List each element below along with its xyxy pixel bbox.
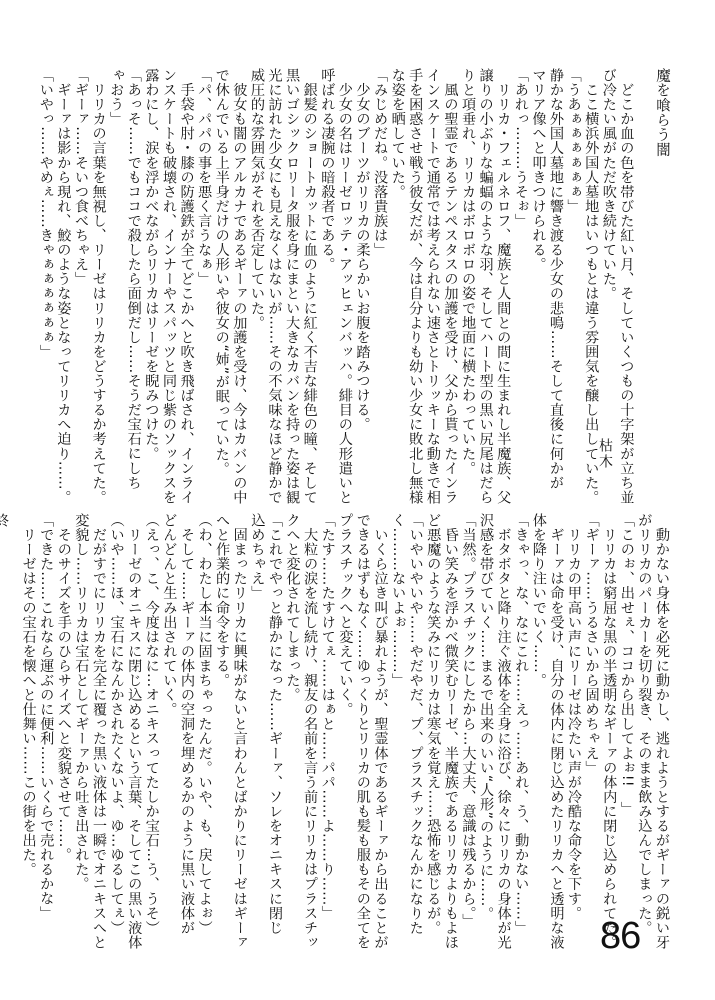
text-column: ど悪魔のような笑みにリリカは寒気を覚え……恐怖を感じるが。 (424, 513, 442, 943)
text-column: 「みじめだね。没落貴族は」 (371, 68, 389, 488)
text-column: ボタボタと降り注ぐ液体を全身に浴び、徐々にリリカの身体が光 (494, 513, 512, 943)
text-column: そのサイズを手のひらサイズへと変貌させて……。 (54, 513, 72, 943)
text-column: く………ないよぉ………」 (389, 513, 407, 943)
text-column: インスケートで通常では考えられない速さとトリッキーな動きで相 (423, 68, 441, 488)
text-column: ゃおう」 (107, 68, 125, 488)
text-column: （わ、わたし本当に固まちゃったんだ。いや、も、戻してよぉ） (195, 513, 213, 943)
text-column: び冷たい風がただ吹き続けていた。 (599, 68, 617, 488)
text-column: がリリカのパーカーを切り裂き、そのまま飲み込んでしまった。 (635, 513, 653, 943)
text-column: 固まったリリカに興味がないと言わんとばかりにリーゼはギーァ (230, 513, 248, 943)
text-column: ギーァは影から現れ、鮫のような姿となってリリカへ迫り……。 (54, 68, 72, 488)
text-column: 手を困惑させ戦う彼女だが、今は自分よりも幼い少女に敗北し無様 (406, 68, 424, 488)
text-column: 光に訪れた少女にも見えなくはないが……その不気味なほど静かで (265, 68, 283, 488)
text-column: へと作業的に命令をする。 (213, 513, 231, 943)
text-column: マリア像へと叩きつけられる。 (529, 68, 547, 488)
text-column: 「きゃっ、な、なにこれ……えっ……あれ、う、動かない……」 (512, 513, 530, 943)
text-column: リーゼはその宝石を懐へと仕舞い……この街を出た。 (19, 513, 37, 943)
text-column: 銀髪のショートカットに血のように紅く不吉な緋色の瞳、そして (300, 68, 318, 488)
text-column: 「当然。プラスチックにしたから…大丈夫、意識は残るから。」 (459, 513, 477, 943)
text-column: どんどんと生み出されていく。 (160, 513, 178, 943)
text-column: 「ギーァ……うるさいから固めちゃえ」 (582, 513, 600, 943)
text-column: で休んでいる上半身だけの人形いや彼女の“姉”が眠っていた。 (212, 68, 230, 488)
text-column: クへと変化されてしまった。 (283, 513, 301, 943)
text-column: 体を降り注いでいく……。 (529, 513, 547, 943)
text-column: 風の聖霊であるテンペスタスの加護を受け、父から貰ったインラ (441, 68, 459, 488)
text-column: ンスケートも破壊され、インナーやスパッツと同じ紫のソックスを (159, 68, 177, 488)
text-column: 沢感を帯びていく……まるで出来のいい“人形”のように……。 (476, 513, 494, 943)
text-column: 動かない身体を必死に動かし、逃れようとするがギーァの鋭い牙 (652, 513, 670, 943)
text-column: リーゼのオニキスに閉じ込めるという言葉、そしてこの黒い液体 (125, 513, 143, 943)
text-column: 昏い笑みを浮かべ微笑むリーゼ、半魔族であるリリカよりもよほ (441, 513, 459, 943)
text-column: 「いやいやいや……やだやだ、プ、プラスチックなんかになりた (406, 513, 424, 943)
text-column: 「これでやっと静かになった……ギーァ、ソレをオニキスに閉じ (265, 513, 283, 943)
text-column: 「できた……これなら運ぶのに便利……いくらで売れるかな」 (37, 513, 55, 943)
author-name: 枯木 (595, 438, 615, 470)
text-column: 露わにし、涙を浮かべながらリリカはリーゼを睨みつけた。 (142, 68, 160, 488)
text-column: だがすでにリリカを完全に覆った黒い液体は一瞬でオニキスへと (89, 513, 107, 943)
story-text-bottom: 動かない身体を必死に動かし、逃れようとするがギーァの鋭い牙がリリカのパーカーを切… (40, 513, 670, 943)
text-column: 少女の名はリーゼロッテ・アッヒェンバッハ。緋目の人形遣いと (335, 68, 353, 488)
text-column: 「たす……たすけてぇ……はぁと……パパ……よ……り……」 (318, 513, 336, 943)
text-column: 「うあぁぁぁぁぁぁ」 (564, 68, 582, 488)
text-column: 彼女も闇のアルカナであるギーァの加護を受け、今はカバンの中 (230, 68, 248, 488)
text-column: りと項垂れ、リリカはボロボロの姿で地面に横たわっていた。 (458, 68, 476, 488)
text-column: 「パ、パパの事を悪く言うなぁ」 (195, 68, 213, 488)
text-column: そして……ギーァの体内の空洞を埋めるかのように黒い液体が (177, 513, 195, 943)
text-column: 少女のブーツがリリカの柔らかいお腹を踏みつける。 (353, 68, 371, 488)
text-column: 込めちゃえ」 (248, 513, 266, 943)
text-column: リリカは窮屈な黒の半透明なギーァの体内に閉じ込められてた。 (600, 513, 618, 943)
text-column: 手袋や肘・膝の防護鉄が全てどこかへと吹き飛ばされ、インライ (177, 68, 195, 488)
story-text-top: 魔を喰らう闇 どこか血の色を帯びた紅い月、そしていくつもの十字架が立ち並び冷たい… (50, 68, 670, 488)
text-column: できるはずもなく……ゆっくりとリリカの肌も髪も服もその全てを (353, 513, 371, 943)
text-column: 黒いゴシックロリータ服を身にまとい大きなカバンを持った姿は観 (283, 68, 301, 488)
text-column: 呼ばれる凄腕の暗殺者である。 (318, 68, 336, 488)
text-column: リリカの言葉を無視し、リーゼはリリカをどうするか考えてた。 (89, 68, 107, 488)
text-column: ここ横浜外国人墓地はいつもとは違う雰囲気を醸し出していた。 (582, 68, 600, 488)
text-column: 変貌し……リリカは宝石としてギーァから吐き出された。 (72, 513, 90, 943)
text-column: 「あれっ………うそぉ」 (511, 68, 529, 488)
text-column: （いや……ほ、宝石になんかされたくないよ、ゆ…ゆるしてぇ） (107, 513, 125, 943)
end-mark: 終 (0, 513, 9, 943)
text-column: 威圧的な雰囲気がそれを否定していた。 (247, 68, 265, 488)
text-column: 「いやっ……やめぇ……きゃぁぁぁぁぁぁ」 (36, 68, 54, 488)
text-column: （えっ、こ、今度はなに…オニキスってたしか宝石…う、うそ） (142, 513, 160, 943)
text-column: 「このぉ、出せぇ、ココから出してよぉ!! 」 (617, 513, 635, 943)
text-column: ギーァは命を受け、自分の体内に閉じ込めたリリカへと透明な液 (547, 513, 565, 943)
page-number: 86 (600, 915, 640, 958)
text-column: リリカの甲高い声にリーゼは冷たい声が冷酷な命令を下す。 (564, 513, 582, 943)
story-title: 魔を喰らう闇 (652, 68, 670, 488)
text-column: リリカ・フェルネロフ、魔族と人間との間に生まれし半魔族、父 (494, 68, 512, 488)
text-column: 「あっそ……でもココで殺したら面倒だし……そうだ宝石にしち (124, 68, 142, 488)
text-column: 「ギーァ……そいつ食べちゃえ」 (71, 68, 89, 488)
text-column: 譲りの小ぶりな蝙蝠のような羽、そしてハート型の黒い尻尾はだら (476, 68, 494, 488)
text-column: プラスチックへと変えていく。 (336, 513, 354, 943)
text-column: いくら泣き叫び暴れようが、聖霊体であるギーァから出ることが (371, 513, 389, 943)
text-column: 静かな外国人墓地に響き渡る少女の悲鳴……そして直後に何かが (546, 68, 564, 488)
text-column: どこか血の色を帯びた紅い月、そしていくつもの十字架が立ち並 (617, 68, 635, 488)
text-column: な姿を晒していた。 (388, 68, 406, 488)
text-column: 大粒の涙を流し続け、親友の名前を言う前にリリカはプラスチッ (301, 513, 319, 943)
